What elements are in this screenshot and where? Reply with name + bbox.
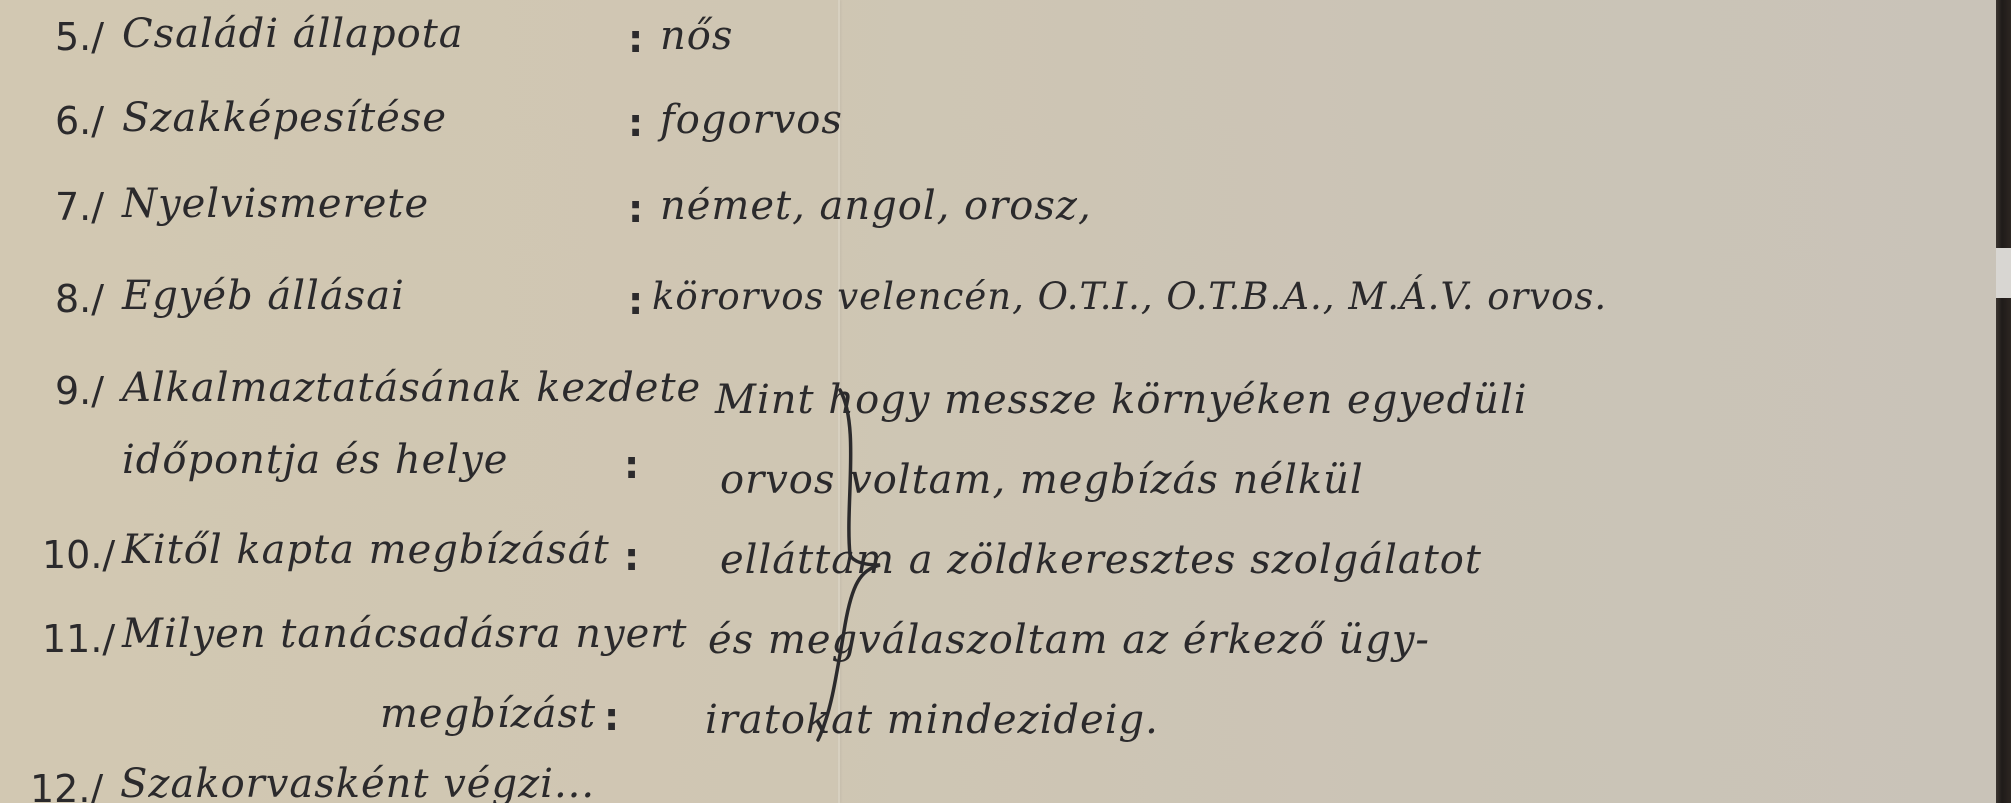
entry-colon: :: [604, 698, 619, 736]
entry-label: Alkalmaztatásának kezdete: [122, 368, 701, 408]
grouped-answer-line: és megválaszoltam az érkező ügy-: [708, 620, 1430, 660]
entry-answer: nős: [660, 16, 733, 56]
entry-label-continued: megbízást: [380, 694, 596, 734]
grouped-answer-line: Mint hogy messze környéken egyedüli: [715, 380, 1528, 420]
entry-colon: :: [624, 446, 639, 484]
entry-number: 8./: [55, 280, 104, 318]
entry-answer: fogorvos: [660, 100, 843, 140]
entry-number: 12./: [30, 770, 103, 803]
entry-label-continued: időpontja és helye: [122, 440, 508, 480]
table-edge-background: [1996, 0, 2011, 803]
entry-number: 10./: [42, 536, 115, 574]
entry-label: Milyen tanácsadásra nyert: [122, 614, 688, 654]
entry-colon: :: [628, 20, 643, 58]
entry-number: 7./: [55, 188, 104, 226]
entry-colon: :: [628, 282, 643, 320]
entry-label: Egyéb állásai: [122, 276, 405, 316]
entry-number: 9./: [55, 372, 104, 410]
entry-label: Szakorvasként végzi...: [120, 764, 595, 803]
entry-colon: :: [624, 538, 639, 576]
grouped-answer-line: iratokat mindezideig.: [705, 700, 1159, 740]
document-page: 5./ Családi állapota : nős 6./ Szakképes…: [0, 0, 1996, 803]
entry-label: Szakképesítése: [122, 98, 447, 138]
grouped-answer-line: elláttam a zöldkeresztes szolgálatot: [720, 540, 1482, 580]
entry-number: 11./: [42, 620, 115, 658]
light-reflection: [1996, 248, 2011, 298]
grouped-answer-line: orvos voltam, megbízás nélkül: [720, 460, 1364, 500]
entry-colon: :: [628, 190, 643, 228]
entry-number: 5./: [55, 18, 104, 56]
entry-label: Kitől kapta megbízását: [122, 530, 610, 570]
entry-label: Nyelvismerete: [122, 184, 429, 224]
entry-answer: német, angol, orosz,: [660, 186, 1092, 226]
entry-colon: :: [628, 104, 643, 142]
entry-number: 6./: [55, 102, 104, 140]
entry-label: Családi állapota: [122, 14, 464, 54]
entry-answer: körorvos velencén, O.T.I., O.T.B.A., M.Á…: [652, 278, 1607, 315]
